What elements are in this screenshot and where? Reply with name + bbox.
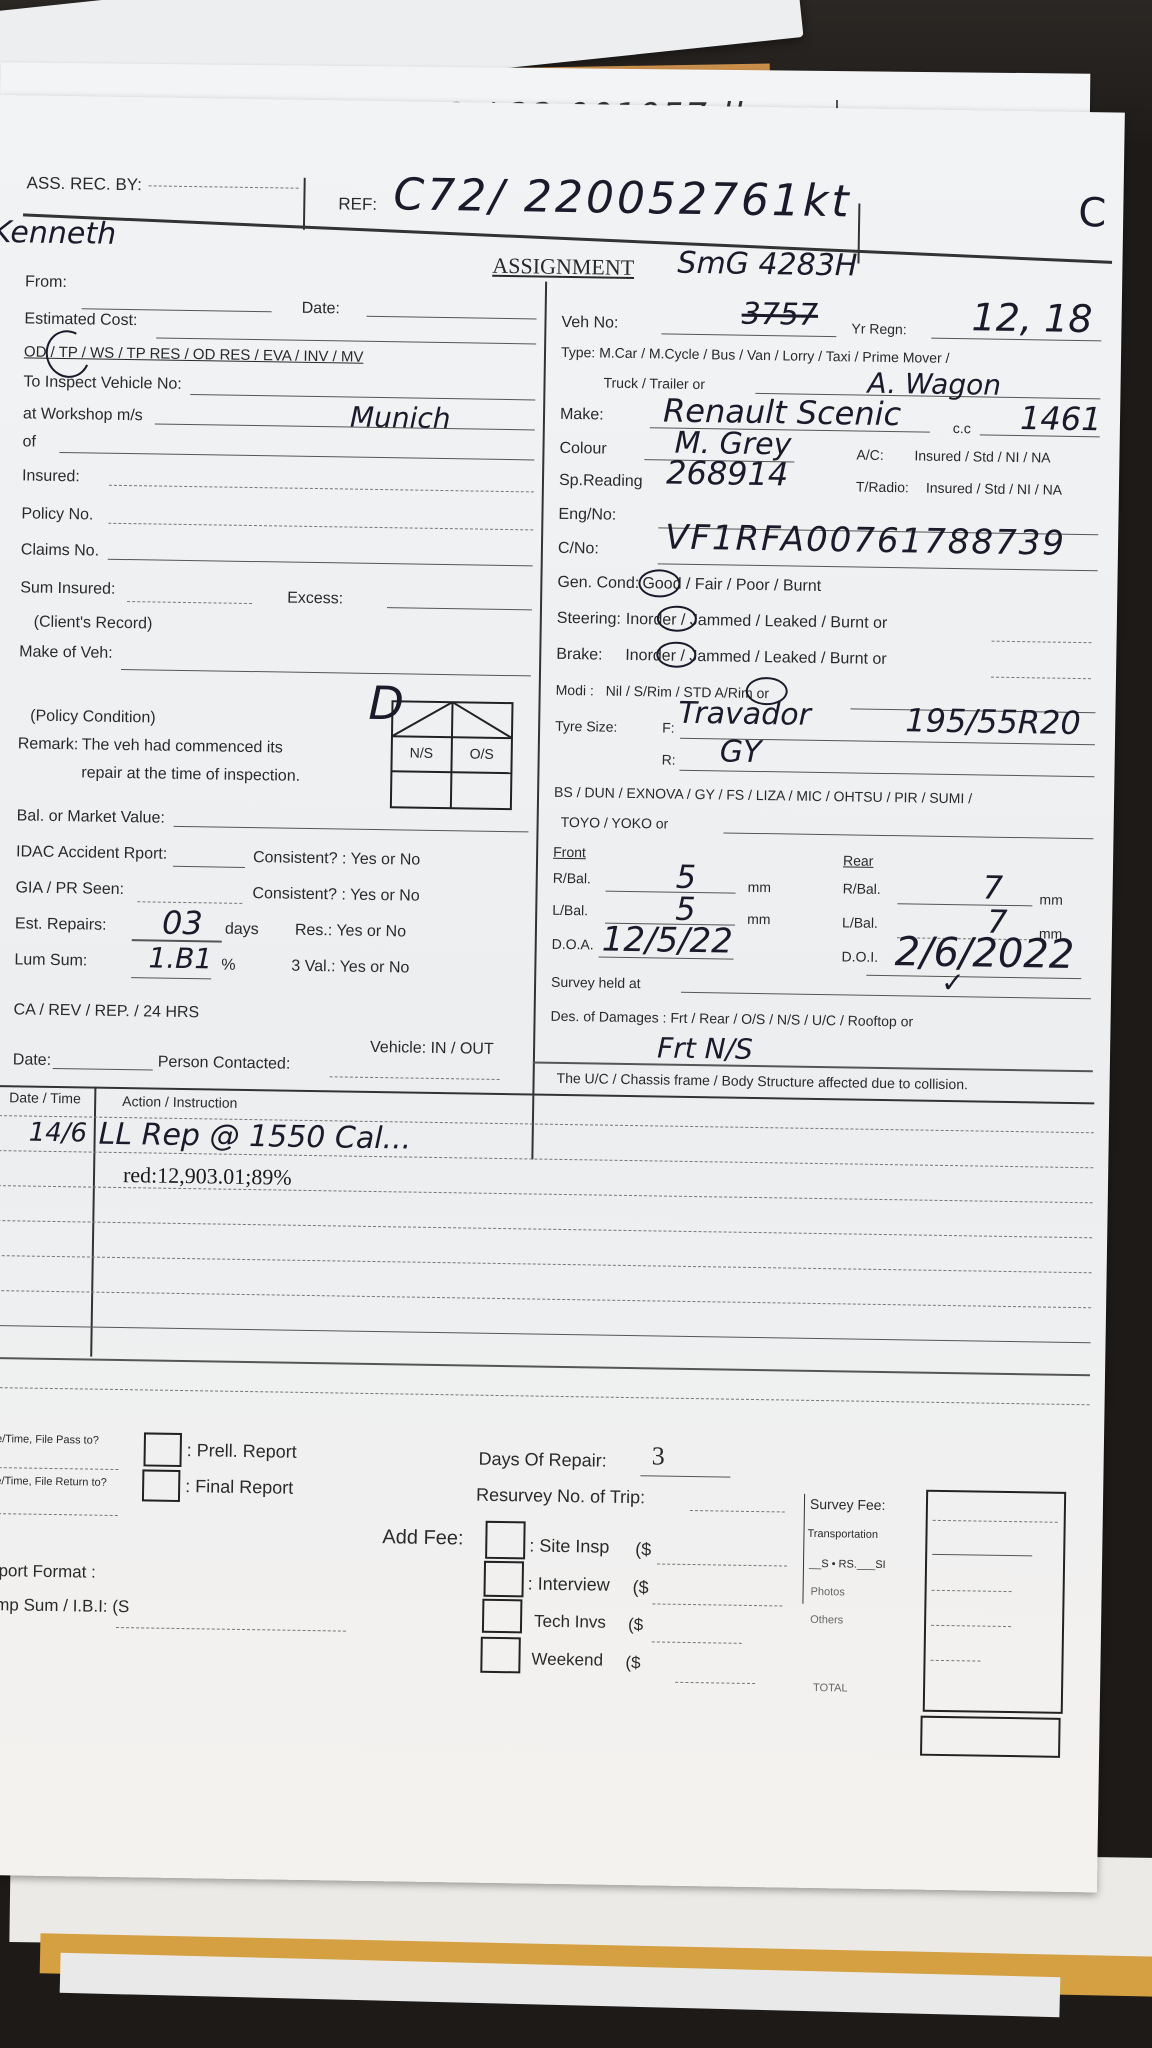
site-insp-checkbox[interactable] (485, 1521, 526, 1560)
rear-rbal-unit: mm (1039, 891, 1063, 907)
damages-value: Frt N/S (657, 1031, 753, 1065)
tyre-front-size: 195/55R20 (905, 701, 1081, 742)
file-pass-field[interactable] (0, 1467, 118, 1470)
doi-label: D.O.I. (841, 948, 878, 965)
file-return-label: Date/Time, File Return to? (0, 1475, 107, 1489)
lum-sum-unit: % (221, 957, 236, 975)
res-options[interactable]: Res.: Yes or No (295, 922, 406, 942)
tyre-rear-field[interactable] (679, 770, 1094, 778)
file-return-field[interactable] (0, 1513, 118, 1516)
front-rbal-label: R/Bal. (553, 870, 591, 887)
idac-consistent[interactable]: Consistent? : Yes or No (253, 849, 420, 870)
brake-selected-mark (656, 641, 696, 668)
steering-label: Steering: (557, 610, 621, 629)
date-label: Date: (302, 300, 341, 319)
lum-sum-value: 1.B1 (148, 941, 212, 975)
front-rbal-unit: mm (748, 879, 772, 895)
claims-no-field[interactable] (108, 559, 533, 567)
inspect-vehicle-field[interactable] (190, 394, 535, 400)
survey-fee-amounts-box (923, 1490, 1066, 1714)
survey-fee-label: Survey Fee: (810, 1496, 886, 1513)
interview-checkbox[interactable] (483, 1561, 524, 1598)
tech-invs-checkbox[interactable] (482, 1599, 523, 1634)
rear-rbal-field[interactable] (897, 903, 1032, 906)
report-format-label: Report Format : (0, 1561, 96, 1583)
policy-no-field[interactable] (108, 523, 533, 531)
front-lbal-label: L/Bal. (552, 902, 588, 919)
cc-label: c.c (953, 420, 971, 436)
date-field[interactable] (367, 316, 537, 320)
interview-currency: ($ (632, 1577, 648, 1598)
resurvey-label: Resurvey No. of Trip: (476, 1485, 645, 1509)
person-contacted-label: Person Contacted: (158, 1054, 291, 1074)
row-action-typed: red:12,903.01;89% (123, 1162, 292, 1191)
make-label: Make: (560, 406, 604, 425)
page-title: ASSIGNMENT (492, 253, 634, 281)
diagram-mark: D (368, 676, 404, 731)
table-rule (0, 1220, 1092, 1238)
assignment-annotation: SmG 4283H (677, 246, 857, 284)
others-label: Others (810, 1614, 843, 1627)
three-val-options[interactable]: 3 Val.: Yes or No (291, 958, 409, 978)
policy-condition-label: (Policy Condition) (30, 708, 156, 728)
transportation-label: Transportation (807, 1528, 878, 1541)
cc-value: 1461 (1020, 399, 1102, 438)
ac-options[interactable]: Insured / Std / NI / NA (914, 447, 1050, 465)
table-rule (0, 1387, 1090, 1405)
tyre-brand-options-2[interactable]: TOYO / YOKO or (561, 814, 669, 832)
header-divider (857, 203, 860, 263)
rear-heading: Rear (843, 852, 874, 868)
policy-no-label: Policy No. (21, 505, 93, 524)
rear-lbal-label: L/Bal. (842, 914, 878, 931)
column-divider (531, 282, 547, 1160)
make-of-veh-label: Make of Veh: (19, 643, 113, 662)
tradio-options[interactable]: Insured / Std / NI / NA (926, 480, 1062, 498)
modi-label: Modi : (556, 682, 594, 699)
site-insp-currency: ($ (635, 1539, 651, 1560)
table-rule (0, 1325, 1091, 1343)
table-rule (0, 1255, 1092, 1273)
diagram-ns-label: N/S (410, 745, 434, 761)
ass-rec-by-label: ASS. REC. BY: (26, 173, 142, 195)
lump-sum-field[interactable] (116, 1627, 346, 1632)
tyre-rear-label: R: (662, 751, 676, 767)
sum-insured-label: Sum Insured: (20, 579, 115, 598)
gia-label: GIA / PR Seen: (15, 879, 124, 899)
file-pass-label: Date/Time, File Pass to? (0, 1433, 99, 1447)
days-of-repair-value[interactable]: 3 (651, 1441, 664, 1471)
gia-consistent[interactable]: Consistent? : Yes or No (252, 885, 419, 906)
ass-rec-by-value: Kenneth (0, 215, 116, 252)
person-contacted-field[interactable] (330, 1076, 500, 1080)
site-insp-amount-field[interactable] (657, 1564, 787, 1567)
tradio-label: T/Radio: (856, 478, 909, 495)
ref-label: REF: (338, 194, 377, 215)
chassis-note[interactable]: The U/C / Chassis frame / Body Structure… (557, 1070, 969, 1092)
remark-label: Remark: (18, 735, 79, 754)
table-bottom-rule (0, 1357, 1090, 1376)
weekend-checkbox[interactable] (480, 1637, 521, 1674)
estimated-cost-label: Estimated Cost: (24, 310, 137, 330)
insured-label: Insured: (22, 467, 80, 486)
tyre-rear-value: GY (719, 734, 761, 770)
sum-insured-field[interactable] (127, 601, 252, 604)
interview-amount-field[interactable] (652, 1603, 782, 1606)
ac-label: A/C: (856, 446, 883, 462)
rear-rbal-label: R/Bal. (843, 880, 881, 897)
site-insp-label: : Site Insp (529, 1535, 609, 1557)
idac-label: IDAC Accident Rport: (16, 843, 167, 863)
excess-label: Excess: (287, 590, 343, 609)
remark-line2: repair at the time of inspection. (81, 764, 300, 785)
ass-rec-by-field[interactable] (149, 185, 299, 188)
inspect-vehicle-label: To Inspect Vehicle No: (23, 373, 182, 393)
check-mark-icon: ✓ (941, 966, 965, 999)
market-value-field[interactable] (174, 826, 529, 833)
assignment-form: ASS. REC. BY: Kenneth REF: C72/ 22005276… (0, 95, 1125, 1892)
tech-invs-label: Tech Invs (534, 1612, 606, 1633)
final-report-label: : Final Report (185, 1476, 293, 1499)
tyre-front-label: F: (662, 719, 675, 735)
make-of-veh-field[interactable] (121, 669, 531, 676)
fee-divider (802, 1494, 805, 1604)
resurvey-field[interactable] (690, 1510, 785, 1512)
table-col-date: Date / Time (9, 1089, 81, 1106)
c-no-label: C/No: (558, 540, 599, 559)
weekend-currency: ($ (625, 1653, 640, 1673)
est-repairs-label: Est. Repairs: (15, 915, 107, 934)
yr-regn-value: 12, 18 (971, 295, 1093, 341)
tech-invs-amount-field[interactable] (652, 1641, 742, 1643)
diagram-os-label: O/S (470, 745, 494, 761)
claims-no-label: Claims No. (21, 541, 100, 560)
row-action: LL Rep @ 1550 Cal... (98, 1117, 411, 1157)
insured-field[interactable] (109, 485, 534, 493)
excess-field[interactable] (387, 607, 532, 610)
vehicle-type-options[interactable]: Type: M.Car / M.Cycle / Bus / Van / Lorr… (561, 344, 950, 366)
weekend-label: Weekend (531, 1650, 603, 1671)
sp-reading-label: Sp.Reading (559, 472, 643, 491)
prelim-report-label: : Prell. Report (187, 1440, 297, 1463)
row-date: 14/6 (28, 1118, 87, 1149)
doa-value: 12/5/22 (601, 920, 733, 962)
of-label: of (22, 433, 36, 451)
date2-label: Date: (13, 1051, 52, 1070)
brake-other-field[interactable] (991, 677, 1091, 680)
workshop-value: Munich (350, 401, 451, 436)
workshop-label: at Workshop m/s (23, 405, 143, 425)
days-of-repair-label: Days Of Repair: (478, 1449, 606, 1472)
brake-label: Brake: (556, 646, 603, 665)
survey-held-field[interactable] (681, 992, 1091, 999)
vehicle-type-line2[interactable]: Truck / Trailer or (603, 375, 705, 393)
total-label: TOTAL (813, 1682, 848, 1695)
c-no-value: VF1RFA00761788739 (665, 518, 1066, 564)
front-heading: Front (553, 844, 586, 861)
veh-no-label: Veh No: (561, 314, 618, 333)
from-label: From: (25, 273, 67, 292)
vehicle-in-out[interactable]: Vehicle: IN / OUT (370, 1039, 494, 1059)
colour-label: Colour (559, 440, 606, 459)
table-col-action: Action / Instruction (122, 1093, 237, 1111)
add-fee-label: Add Fee: (382, 1526, 464, 1550)
steering-other-field[interactable] (992, 641, 1092, 644)
veh-no-value: 3757 (741, 297, 818, 333)
lum-sum-label: Lum Sum: (14, 951, 87, 970)
rs-label: __S • RS.___SI (809, 1558, 886, 1571)
front-lbal-unit: mm (747, 911, 771, 927)
doa-label: D.O.A. (552, 936, 594, 953)
header-divider (303, 178, 306, 230)
date2-field[interactable] (53, 1068, 153, 1071)
table-rule (0, 1290, 1091, 1308)
clients-record-label: (Client's Record) (34, 614, 153, 634)
c-no-field[interactable] (658, 563, 1098, 571)
weekend-amount-field[interactable] (675, 1682, 755, 1684)
ca-rev-options[interactable]: CA / REV / REP. / 24 HRS (13, 1001, 199, 1022)
of-field[interactable] (59, 452, 534, 460)
prelim-report-checkbox[interactable] (143, 1432, 182, 1467)
tyre-brand-options[interactable]: BS / DUN / EXNOVA / GY / FS / LIZA / MIC… (554, 784, 972, 807)
gen-cond-label: Gen. Cond: (557, 574, 639, 593)
veh-no-field[interactable] (661, 333, 836, 337)
sp-reading-value: 268914 (666, 454, 789, 494)
rear-rbal-value: 7 (982, 869, 1003, 907)
yr-regn-label: Yr Regn: (851, 320, 906, 337)
idac-field[interactable] (173, 866, 245, 868)
est-repairs-unit: days (225, 921, 259, 940)
remark-line1: The veh had commenced its (82, 736, 283, 757)
estimated-cost-field[interactable] (156, 337, 536, 344)
tyre-size-label: Tyre Size: (555, 718, 617, 735)
tech-invs-currency: ($ (628, 1615, 643, 1635)
damages-options[interactable]: Des. of Damages : Frt / Rear / O/S / N/S… (550, 1008, 913, 1030)
est-repairs-value: 03 (162, 904, 203, 943)
photos-label: Photos (810, 1586, 844, 1599)
final-report-checkbox[interactable] (142, 1469, 180, 1502)
corner-mark: C (1078, 190, 1107, 236)
days-of-repair-field[interactable] (640, 1475, 730, 1477)
front-rbal-field[interactable] (606, 891, 736, 894)
eng-no-label: Eng/No: (558, 506, 616, 525)
workshop-field[interactable] (155, 423, 535, 430)
ref-value: C72/ 220052761kt (393, 169, 852, 227)
market-value-label: Bal. or Market Value: (17, 807, 165, 827)
survey-held-label: Survey held at (551, 974, 641, 991)
car-diagram-icon (389, 699, 516, 811)
doi-value: 2/6/2022 (894, 929, 1074, 978)
tyre-front-value: Travador (678, 696, 811, 733)
steering-selected-mark (657, 605, 697, 632)
lump-sum-ibi-label: Lump Sum / I.B.I: (S (0, 1595, 129, 1617)
vehicle-side-diagram: N/S O/S (389, 699, 516, 811)
interview-label: : Interview (528, 1573, 610, 1595)
gen-cond-selected-mark (638, 569, 680, 598)
lum-sum-field[interactable] (131, 977, 211, 979)
total-amount-box[interactable] (920, 1716, 1061, 1758)
tyre-brand-other-field[interactable] (723, 832, 1093, 839)
